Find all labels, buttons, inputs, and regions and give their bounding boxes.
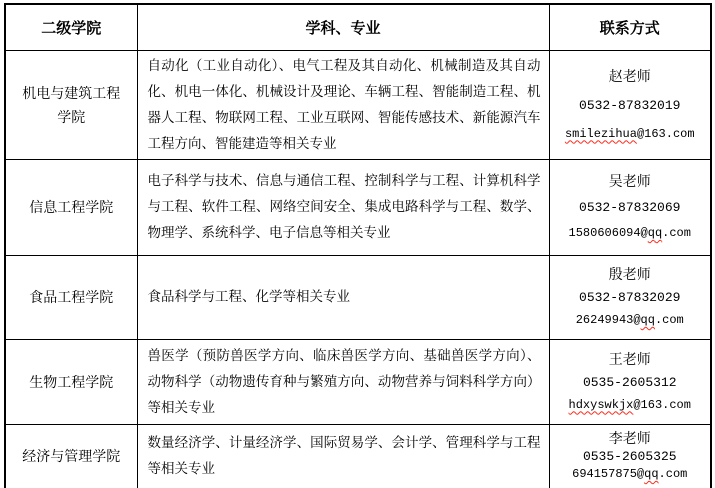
email-part-misspelled: hdxyswkjx [569,398,634,412]
phone-number: 0535-2605325 [583,449,677,464]
majors-cell: 自动化（工业自动化）、电气工程及其自动化、机械制造及其自动化、机电一体化、机械设… [137,50,549,159]
email-address: 694157875@qq.com [572,467,687,482]
contact-info: 赵老师 0532-87832019 smilezihua@163.com [550,51,711,159]
phone-number: 0532-87832069 [579,200,680,215]
header-row: 二级学院 学科、专业 联系方式 [5,4,711,50]
teacher-name: 李老师 [609,430,651,446]
college-cell: 机电与建筑工程学院 [5,50,137,159]
phone-number: 0535-2605312 [583,375,677,390]
header-college: 二级学院 [5,4,137,50]
contact-cell: 王老师 0535-2605312 hdxyswkjx@163.com [549,339,711,424]
email-part-misspelled: smilezihua [565,127,637,141]
phone-number: 0532-87832019 [579,98,680,113]
teacher-name: 殷老师 [609,266,651,282]
email-part: @163.com [633,398,691,412]
email-part: 26249943@ [576,313,641,327]
college-cell: 生物工程学院 [5,339,137,424]
email-part: 694157875@ [572,467,644,481]
teacher-name: 吴老师 [609,173,651,189]
contact-info: 王老师 0535-2605312 hdxyswkjx@163.com [550,340,711,424]
table-row: 机电与建筑工程学院 自动化（工业自动化）、电气工程及其自动化、机械制造及其自动化… [5,50,711,159]
email-part: .com [659,467,688,481]
table-row: 经济与管理学院 数量经济学、计量经济学、国际贸易学、会计学、管理科学与工程等相关… [5,424,711,488]
email-part-misspelled: qq [641,313,655,327]
contact-cell: 赵老师 0532-87832019 smilezihua@163.com [549,50,711,159]
table-row: 生物工程学院 兽医学（预防兽医学方向、临床兽医学方向、基础兽医学方向）、动物科学… [5,339,711,424]
colleges-contact-table: 二级学院 学科、专业 联系方式 机电与建筑工程学院 自动化（工业自动化）、电气工… [4,3,712,488]
teacher-name: 王老师 [609,351,651,367]
teacher-name: 赵老师 [609,68,651,84]
contact-info: 殷老师 0532-87832029 26249943@qq.com [550,256,711,339]
contact-cell: 殷老师 0532-87832029 26249943@qq.com [549,255,711,339]
majors-cell: 兽医学（预防兽医学方向、临床兽医学方向、基础兽医学方向）、动物科学（动物遗传育种… [137,339,549,424]
contact-cell: 吴老师 0532-87832069 1580606094@qq.com [549,159,711,255]
majors-cell: 电子科学与技术、信息与通信工程、控制科学与工程、计算机科学与工程、软件工程、网络… [137,159,549,255]
email-part: 1580606094@ [569,226,648,240]
contact-cell: 李老师 0535-2605325 694157875@qq.com [549,424,711,488]
email-part-misspelled: qq [648,226,662,240]
table-row: 信息工程学院 电子科学与技术、信息与通信工程、控制科学与工程、计算机科学与工程、… [5,159,711,255]
college-cell: 食品工程学院 [5,255,137,339]
header-contact: 联系方式 [549,4,711,50]
majors-cell: 数量经济学、计量经济学、国际贸易学、会计学、管理科学与工程等相关专业 [137,424,549,488]
contact-info: 吴老师 0532-87832069 1580606094@qq.com [550,160,711,255]
email-part: .com [655,313,684,327]
email-part: .com [662,226,691,240]
email-address: smilezihua@163.com [565,127,695,142]
email-address: 26249943@qq.com [576,313,684,328]
contact-info: 李老师 0535-2605325 694157875@qq.com [550,425,711,488]
phone-number: 0532-87832029 [579,290,680,305]
college-cell: 信息工程学院 [5,159,137,255]
majors-cell: 食品科学与工程、化学等相关专业 [137,255,549,339]
email-part: @163.com [637,127,695,141]
header-majors: 学科、专业 [137,4,549,50]
table-row: 食品工程学院 食品科学与工程、化学等相关专业 殷老师 0532-87832029… [5,255,711,339]
email-address: 1580606094@qq.com [569,226,691,241]
email-address: hdxyswkjx@163.com [569,398,691,413]
college-cell: 经济与管理学院 [5,424,137,488]
email-part-misspelled: qq [644,467,658,481]
